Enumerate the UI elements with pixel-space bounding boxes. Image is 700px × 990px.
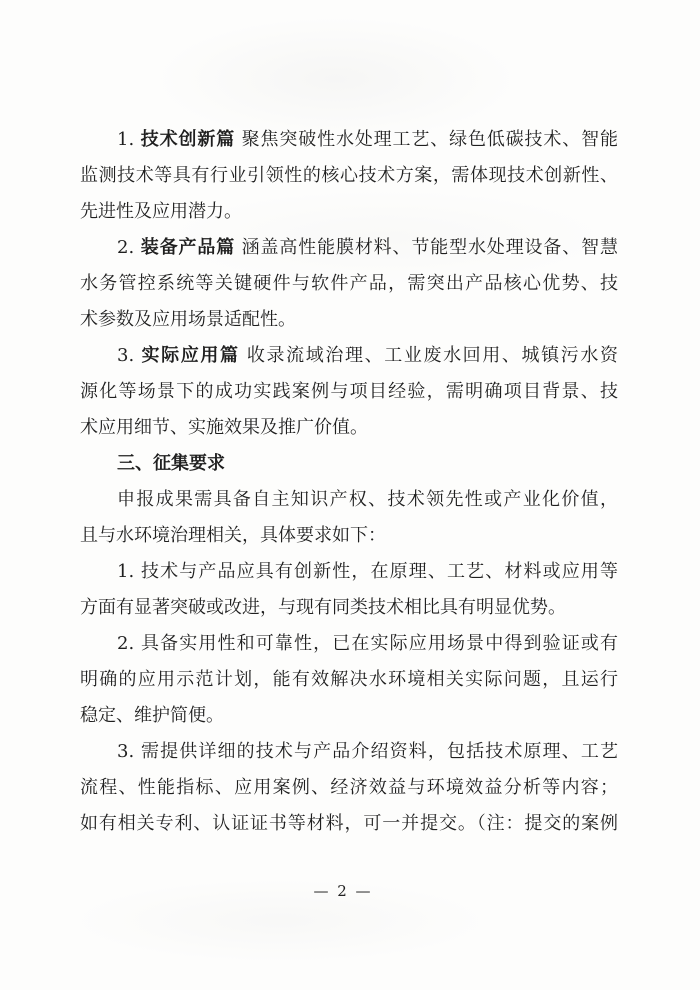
text-segment: 如有相关专利、认证证书等材料，可一并提交。（注：提交的案例 (80, 813, 618, 834)
emphasis-text: 实际应用篇 (142, 345, 240, 366)
text-segment: 2. 具备实用性和可靠性，已在实际应用场景中得到验证或有 (117, 633, 618, 654)
text-line: 流程、性能指标、应用案例、经济效益与环境效益分析等内容； (80, 770, 618, 806)
text-segment: 流程、性能指标、应用案例、经济效益与环境效益分析等内容； (80, 777, 618, 798)
text-segment: 3. (117, 345, 142, 366)
text-line: 1. 技术与产品应具有创新性，在原理、工艺、材料或应用等 (80, 554, 618, 590)
text-line: 源化等场景下的成功实践案例与项目经验，需明确项目背景、技 (80, 374, 618, 410)
text-segment: 2. (117, 237, 141, 258)
text-line: 1. 技术创新篇 聚焦突破性水处理工艺、绿色低碳技术、智能 (80, 122, 618, 158)
document-body: 1. 技术创新篇 聚焦突破性水处理工艺、绿色低碳技术、智能监测技术等具有行业引领… (80, 122, 618, 842)
text-segment: 1. (117, 129, 141, 150)
emphasis-text: 技术创新篇 (141, 129, 235, 150)
text-line: 2. 具备实用性和可靠性，已在实际应用场景中得到验证或有 (80, 626, 618, 662)
text-segment: 收录流域治理、工业废水回用、城镇污水资 (240, 345, 618, 366)
emphasis-text: 装备产品篇 (141, 237, 235, 258)
text-segment: 稳定、维护简便。 (80, 705, 224, 726)
text-line: 方面有显著突破或改进，与现有同类技术相比具有明显优势。 (80, 590, 618, 626)
text-segment: 涵盖高性能膜材料、节能型水处理设备、智慧 (235, 237, 618, 258)
text-segment: 方面有显著突破或改进，与现有同类技术相比具有明显优势。 (80, 597, 566, 618)
text-segment: 申报成果需具备自主知识产权、技术领先性或产业化价值， (117, 489, 618, 510)
emphasis-text: 三、征集要求 (117, 453, 225, 474)
text-segment: 源化等场景下的成功实践案例与项目经验，需明确项目背景、技 (80, 381, 618, 402)
text-line: 先进性及应用潜力。 (80, 194, 618, 230)
text-segment: 1. 技术与产品应具有创新性，在原理、工艺、材料或应用等 (117, 561, 618, 582)
text-segment: 术应用细节、实施效果及推广价值。 (80, 417, 368, 438)
text-segment: 且与水环境治理相关，具体要求如下： (80, 525, 386, 546)
text-line: 水务管控系统等关键硬件与软件产品，需突出产品核心优势、技 (80, 266, 618, 302)
text-segment: 先进性及应用潜力。 (80, 201, 242, 222)
text-line: 3. 实际应用篇 收录流域治理、工业废水回用、城镇污水资 (80, 338, 618, 374)
text-line: 稳定、维护简便。 (80, 698, 618, 734)
text-line: 明确的应用示范计划，能有效解决水环境相关实际问题，且运行 (80, 662, 618, 698)
text-line: 且与水环境治理相关，具体要求如下： (80, 518, 618, 554)
heading-line: 三、征集要求 (80, 446, 618, 482)
text-line: 2. 装备产品篇 涵盖高性能膜材料、节能型水处理设备、智慧 (80, 230, 618, 266)
text-segment: 聚焦突破性水处理工艺、绿色低碳技术、智能 (235, 129, 618, 150)
text-line: 术应用细节、实施效果及推广价值。 (80, 410, 618, 446)
text-line: 术参数及应用场景适配性。 (80, 302, 618, 338)
page-number: — 2 — (0, 879, 686, 903)
text-line: 如有相关专利、认证证书等材料，可一并提交。（注：提交的案例 (80, 806, 618, 842)
text-segment: 3. 需提供详细的技术与产品介绍资料，包括技术原理、工艺 (117, 741, 618, 762)
text-line: 申报成果需具备自主知识产权、技术领先性或产业化价值， (80, 482, 618, 518)
text-segment: 明确的应用示范计划，能有效解决水环境相关实际问题，且运行 (80, 669, 618, 690)
text-segment: 水务管控系统等关键硬件与软件产品，需突出产品核心优势、技 (80, 273, 618, 294)
text-line: 3. 需提供详细的技术与产品介绍资料，包括技术原理、工艺 (80, 734, 618, 770)
text-line: 监测技术等具有行业引领性的核心技术方案，需体现技术创新性、 (80, 158, 618, 194)
text-segment: 监测技术等具有行业引领性的核心技术方案，需体现技术创新性、 (80, 165, 618, 186)
document-page: { "page": { "number": "2", "footer": "— … (0, 0, 700, 990)
text-segment: 术参数及应用场景适配性。 (80, 309, 296, 330)
